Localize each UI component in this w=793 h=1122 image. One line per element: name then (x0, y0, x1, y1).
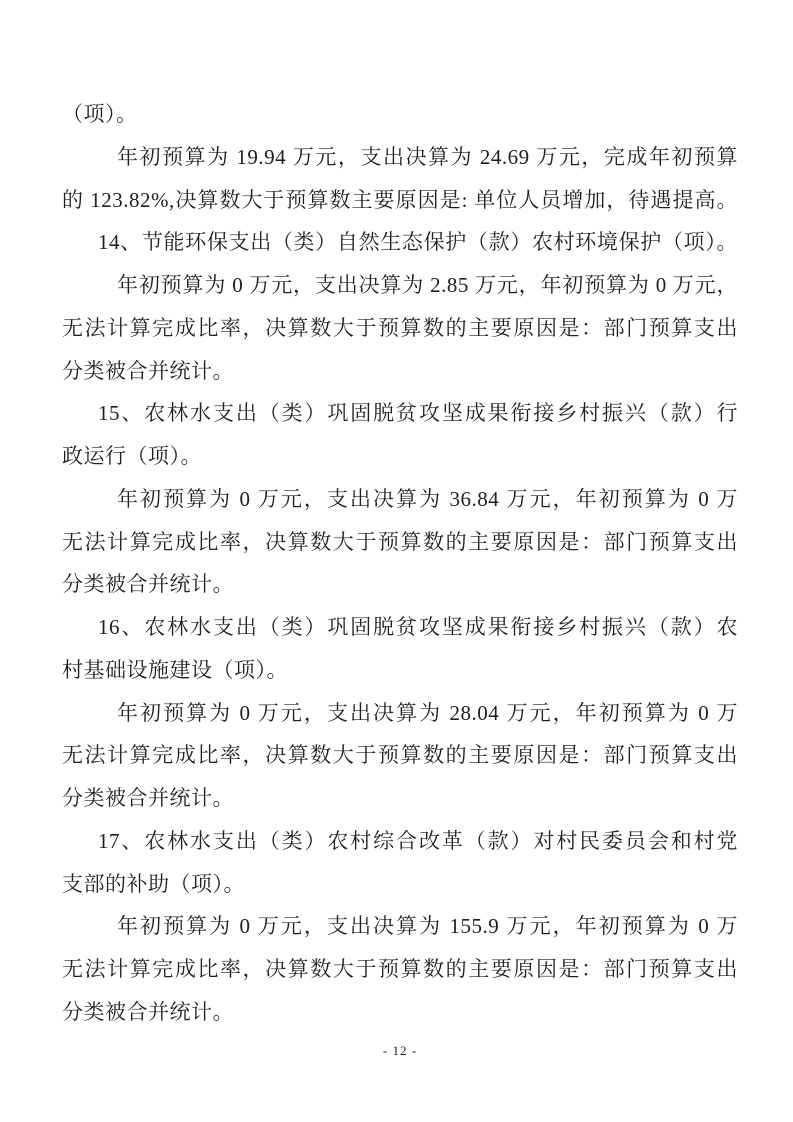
text-line: 村基础设施建设（项）。 (62, 649, 738, 692)
document-page: （项）。 年初预算为 19.94 万元，支出决算为 24.69 万元，完成年初预… (0, 0, 793, 1122)
text-line: （项）。 (62, 93, 738, 136)
text-line: 年初预算为 0 万元，支出决算为 155.9 万元，年初预算为 0 万元， (62, 905, 738, 948)
page-number: - 12 - (62, 1041, 738, 1061)
text-line: 14、节能环保支出（类）自然生态保护（款）农村环境保护（项）。 (62, 221, 738, 264)
text-line: 分类被合并统计。 (62, 350, 738, 393)
text-line: 分类被合并统计。 (62, 777, 738, 820)
text-line: 无法计算完成比率，决算数大于预算数的主要原因是：部门预算支出 (62, 521, 738, 564)
text-line: 16、农林水支出（类）巩固脱贫攻坚成果衔接乡村振兴（款）农 (62, 606, 738, 649)
text-line: 年初预算为 0 万元，支出决算为 28.04 万元，年初预算为 0 万元， (62, 692, 738, 735)
text-line: 无法计算完成比率，决算数大于预算数的主要原因是：部门预算支出 (62, 734, 738, 777)
text-line: 年初预算为 19.94 万元，支出决算为 24.69 万元，完成年初预算 (62, 136, 738, 179)
text-line: 无法计算完成比率，决算数大于预算数的主要原因是：部门预算支出 (62, 948, 738, 991)
text-line: 年初预算为 0 万元，支出决算为 36.84 万元，年初预算为 0 万元， (62, 478, 738, 521)
text-line: 17、农林水支出（类）农村综合改革（款）对村民委员会和村党 (62, 820, 738, 863)
text-line: 政运行（项）。 (62, 435, 738, 478)
text-line: 分类被合并统计。 (62, 991, 738, 1034)
text-line: 15、农林水支出（类）巩固脱贫攻坚成果衔接乡村振兴（款）行 (62, 392, 738, 435)
text-line: 分类被合并统计。 (62, 563, 738, 606)
text-line: 的 123.82%,决算数大于预算数主要原因是: 单位人员增加，待遇提高。 (62, 179, 738, 222)
text-line: 支部的补助（项）。 (62, 863, 738, 906)
text-line: 无法计算完成比率，决算数大于预算数的主要原因是：部门预算支出 (62, 307, 738, 350)
text-line: 年初预算为 0 万元，支出决算为 2.85 万元，年初预算为 0 万元， (62, 264, 738, 307)
